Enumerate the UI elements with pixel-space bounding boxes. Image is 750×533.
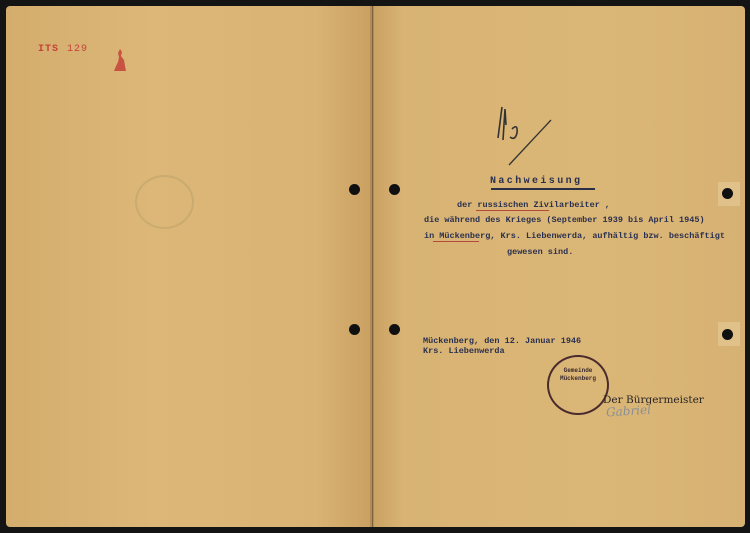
seal-text-line1: Gemeinde xyxy=(549,367,607,374)
center-fold xyxy=(370,6,374,527)
district: Krs. Liebenwerda xyxy=(423,346,505,356)
archive-code: ITS xyxy=(38,44,59,55)
archive-stamp: ITS129 xyxy=(38,44,88,55)
title-underline xyxy=(491,188,595,190)
body-line-4: gewesen sind. xyxy=(507,247,573,257)
seal-text-line2: Mückenberg xyxy=(549,375,607,382)
handwritten-annotation xyxy=(490,95,560,167)
left-page xyxy=(6,6,372,527)
punch-hole xyxy=(389,324,400,335)
document-title: Nachweisung xyxy=(490,176,582,187)
red-underline xyxy=(476,210,549,211)
body-line-3: in Mückenberg, Krs. Liebenwerda, aufhält… xyxy=(424,231,725,241)
punch-hole xyxy=(349,184,360,195)
body-text: der russischen Zivilarbeiter , xyxy=(457,200,610,210)
place-date: Mückenberg, den 12. Januar 1946 xyxy=(423,336,581,346)
punch-hole xyxy=(722,329,733,340)
right-page xyxy=(373,6,745,527)
punch-hole xyxy=(722,188,733,199)
punch-hole xyxy=(349,324,360,335)
red-figure-stamp-icon xyxy=(113,48,127,72)
body-line-1: der russischen Zivilarbeiter , xyxy=(457,200,610,210)
archive-number: 129 xyxy=(67,44,88,55)
faded-stamp-ghost xyxy=(135,175,194,229)
punch-hole xyxy=(389,184,400,195)
body-line-2: die während des Krieges (September 1939 … xyxy=(424,215,705,225)
municipal-seal: Gemeinde Mückenberg xyxy=(547,355,609,415)
red-underline xyxy=(433,241,479,242)
